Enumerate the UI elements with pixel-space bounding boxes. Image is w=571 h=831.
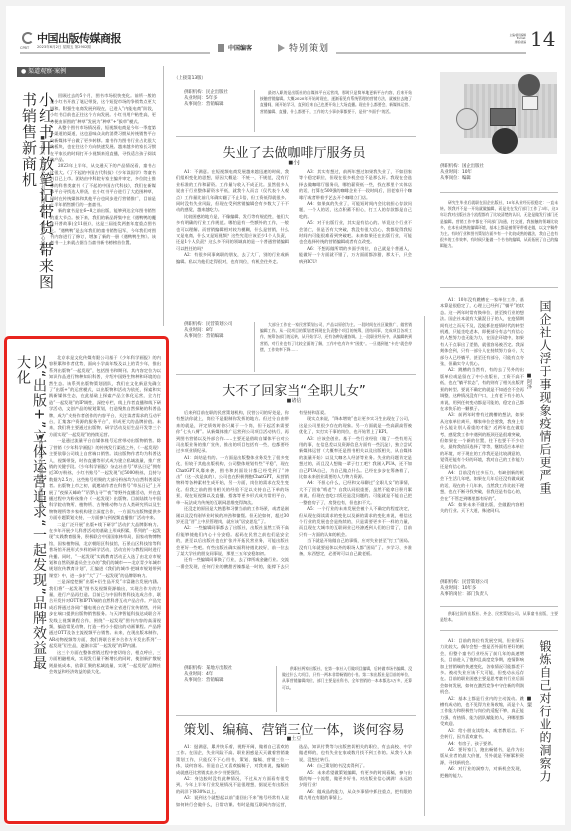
insight-profile: 供职机构：民营策划公司 从业时间：10年多 从事的岗位：部门负责人: [440, 580, 550, 599]
logo-abbr: CPBT: [20, 46, 29, 50]
section-title: 特别策划: [289, 41, 329, 54]
right-column-divider: [424, 316, 425, 816]
section-tag: ● 渠道观察·案例: [17, 67, 105, 77]
masthead: CPBT 中国出版传媒商报 2023年6月2日 星期五 第2902期 中国编客 …: [16, 26, 556, 56]
homework-body: 后来到目前在职的民营策划机构，民营公司的好处是，你有想法你就上，岗位不是限制你发…: [176, 410, 412, 656]
plan-rule: [176, 715, 416, 716]
gov-byline: ■阿泽: [526, 373, 533, 403]
editor-info: 主编/值班编辑 E-mail: 排版/美编: [476, 34, 526, 44]
homework-rule: [176, 374, 416, 375]
insight-profile-rule: [440, 606, 558, 607]
continued-note: （上接第13版）: [174, 75, 206, 81]
page-number: 14: [530, 27, 555, 51]
insight-title: 锻炼自己对行业的洞察力: [538, 640, 552, 790]
gov-profile-rule: [440, 192, 558, 193]
masthead-rule-right: [336, 52, 526, 54]
section-brand: 中国编客: [228, 43, 252, 52]
person-top: [518, 74, 540, 96]
article1-title: 小红书开放笔记带货 带来图书销售新商机: [20, 92, 54, 302]
masthead-rule-left: [20, 52, 210, 54]
gov-body: A1：10年没有跳槽在一家单位工作，基本算是很稳定了，心理上已经到了“躺平”的状…: [440, 297, 524, 547]
person-left: [456, 108, 478, 130]
newspaper-page: CPBT 中国出版传媒商报 2023年6月2日 星期五 第2902期 中国编客 …: [6, 6, 565, 825]
insight-body: A1：目前的岗位有发展空间，但业绩压力比较大。偶尔会想一想是否外面有更好的机会，…: [440, 638, 524, 824]
plan-intro: 供职社两家出版社，在第一家社入行做项目编辑，后转做市场书编辑，没做过什么大项目，…: [282, 666, 412, 712]
coffee-meta-divider: [254, 90, 255, 132]
logo-icon: [22, 32, 34, 44]
notebook: [522, 96, 538, 110]
coffee-body: A1：不满意。在短视频电商发展越来越迅速的时候，我们组织变化的思想，原因大概是：…: [176, 169, 412, 315]
coffee-rule: [176, 136, 416, 137]
gov-profile: 供职机构：国企出版社 从业时间：10年 从事岗位：编辑: [440, 164, 550, 183]
plan-byline: ■土豆: [176, 735, 412, 742]
plan-meta-divider: [276, 666, 277, 712]
featured-body: 北京求是文化传媒有限公司基于《少年科学画报》的内容积累和作者优势，面向小学高年级…: [49, 355, 161, 815]
gov-intro: 研究生毕业后就职在国企出版社，10年从业经历很稳定：一直未转。领我并不是一开始就…: [440, 200, 558, 278]
insight-intro-rule: [440, 630, 558, 631]
article1-byline: ■王国庆（北京天下图书有限公司总经理、营销中心总经理）: [39, 136, 45, 286]
section-brand-icon: [218, 44, 224, 52]
coffee-byline: ■小J: [176, 159, 412, 166]
homework-profile: 供职机构：民营策划公司 从业时间：8年 从事岗位：营销编辑: [184, 322, 254, 341]
homework-byline: ■诸信: [176, 397, 412, 404]
insight-intro: 供职过国有出版社、外企、民营策划公司。从事童书出版，主要是绘本。: [440, 611, 558, 627]
plan-profile: 供职机构：某地方出版社 从业时间：4年 从事岗位：营销编辑: [184, 666, 254, 685]
person-bottom: [492, 128, 518, 154]
coffee-intro: 最初入职的是出版社的自媒体平台运营岗，那时只是简单地更新平台内容，后来开始接触营…: [260, 90, 412, 130]
column-divider: [163, 66, 164, 326]
date-line: 2023年6月2日 星期五 第2902期: [37, 45, 91, 50]
insight-byline: ■栗: [526, 696, 533, 716]
gov-title: 国企社人浮于事现象疫情后更严重: [538, 300, 552, 540]
laptop: [490, 108, 516, 126]
desk-illustration: [440, 72, 557, 154]
featured-article-box[interactable]: 以“出版+”立体运营追求“一起发现”品牌效益最大化 ■孙倩（《少年科学画报》杂志…: [4, 336, 169, 824]
featured-byline: ■孙倩（《少年科学画报》杂志主编）: [37, 435, 43, 575]
plan-body: A1：挺满意，累并快乐着，视野开阔，做着自己喜欢的工作。在国企，失业风险不高。职…: [176, 744, 412, 824]
homework-intro: 大部分工作在一家民营策划公司，产品以原创为主。一段时间在社区做推广，做营销编辑工…: [260, 322, 412, 372]
coffee-profile: 供职机构：民企出版社 从业时间：5年多 从事岗位：营销编辑: [184, 90, 254, 109]
homework-meta-divider: [254, 322, 255, 372]
paper-name: 中国出版传媒商报: [37, 30, 121, 46]
gov-intro-rule: [440, 287, 558, 288]
article1-body: 回顾过去的5个月，图书市场很快变化。前所一般的是小红书开放了笔记带货，这个短促市…: [50, 93, 156, 317]
play-arrow-icon: [278, 44, 285, 52]
